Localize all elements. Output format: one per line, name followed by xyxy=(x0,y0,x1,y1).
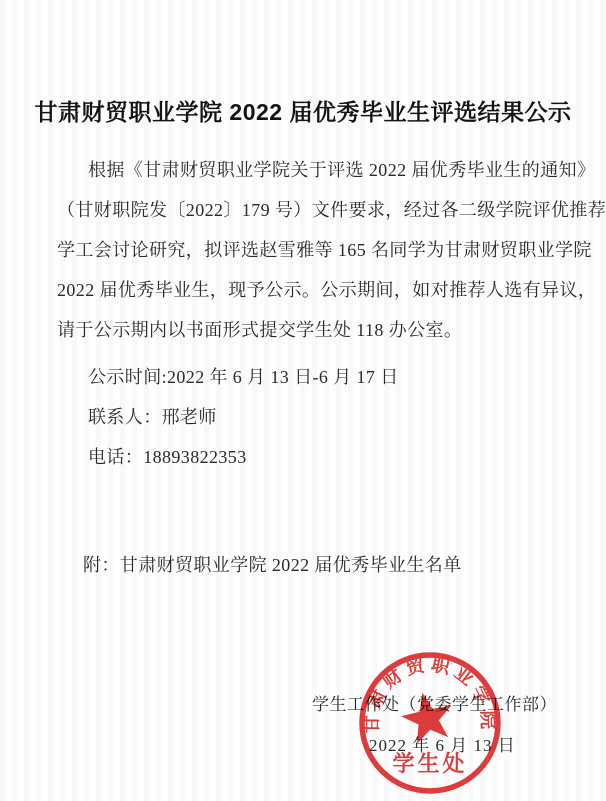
document-body: 根据《甘肃财贸职业学院关于评选 2022 届优秀毕业生的通知》 （甘财职院发〔2… xyxy=(57,150,566,585)
scanned-notice-page: { "page": { "background": "#fefefe", "in… xyxy=(0,0,606,801)
red-star-icon xyxy=(401,693,451,744)
publicity-period-line: 公示时间:2022 年 6 月 13 日-6 月 17 日 xyxy=(57,357,566,397)
body-line: 请于公示期内以书面形式提交学生处 118 办公室。 xyxy=(57,310,566,350)
seal-bottom-text: 学生处 xyxy=(392,751,467,776)
attachment-line: 附：甘肃财贸职业学院 2022 届优秀毕业生名单 xyxy=(57,545,566,585)
body-line: 学工会讨论研究，拟评选赵雪雅等 165 名同学为甘肃财贸职业学院 xyxy=(57,230,566,270)
body-line: （甘财职院发〔2022〕179 号）文件要求，经过各二级学院评优推荐， xyxy=(57,190,566,230)
contact-phone-line: 电话：18893822353 xyxy=(57,437,566,477)
contact-person-line: 联系人：邢老师 xyxy=(57,397,566,437)
body-line: 根据《甘肃财贸职业学院关于评选 2022 届优秀毕业生的通知》 xyxy=(57,150,566,190)
body-line: 2022 届优秀毕业生，现予公示。公示期间，如对推荐人选有异议， xyxy=(57,270,566,310)
page-title: 甘肃财贸职业学院 2022 届优秀毕业生评选结果公示 xyxy=(0,94,606,127)
official-seal: 甘肃财贸职业学院 学生处 xyxy=(355,648,505,798)
